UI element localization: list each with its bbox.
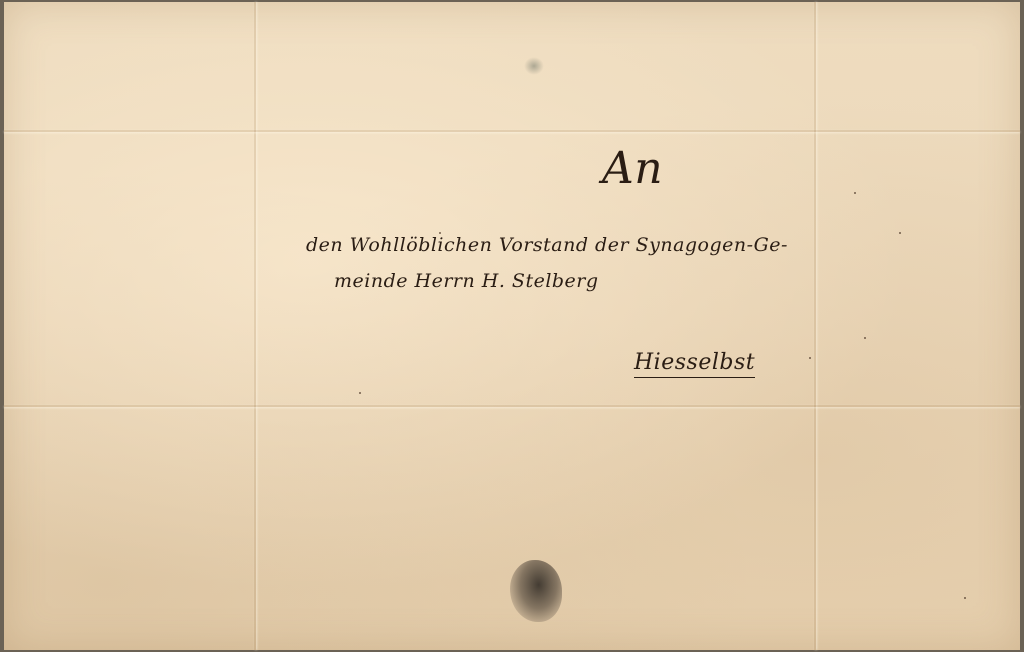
- ink-smudge: [524, 57, 544, 75]
- paper-speck: [899, 232, 901, 234]
- salutation: An: [602, 147, 663, 191]
- address-line-2: meinde Herrn H. Stelberg: [334, 270, 599, 292]
- fold-crease-horizontal-top: [4, 130, 1020, 132]
- address-line-1: den Wohllöblichen Vorstand der Synagogen…: [306, 234, 788, 256]
- paper-speck: [964, 597, 966, 599]
- paper-speck: [809, 357, 811, 359]
- paper-speck: [359, 392, 361, 394]
- wax-seal-stain: [510, 560, 562, 622]
- paper-speck: [854, 192, 856, 194]
- place-name: Hiesselbst: [634, 350, 755, 378]
- paper-speck: [864, 337, 866, 339]
- fold-crease-vertical-left: [254, 2, 256, 650]
- fold-crease-horizontal-bottom: [4, 405, 1020, 407]
- paper-speck: [439, 232, 441, 234]
- fold-crease-vertical-right: [814, 2, 816, 650]
- letter-paper: An den Wohllöblichen Vorstand der Synago…: [4, 2, 1020, 650]
